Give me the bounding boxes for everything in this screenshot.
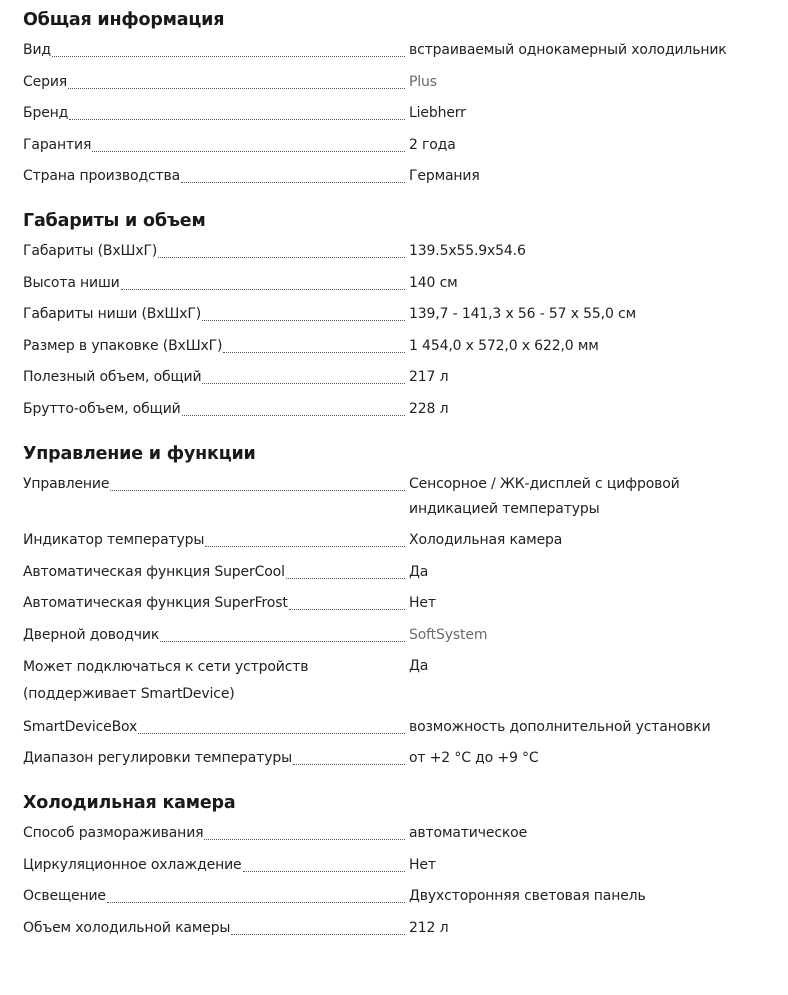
section-title: Общая информация xyxy=(23,2,768,38)
dotted-leader xyxy=(202,383,405,384)
section-title: Управление и функции xyxy=(23,436,768,472)
spec-label: Габариты (ВхШхГ) xyxy=(23,239,157,264)
spec-value: Liebherr xyxy=(405,101,768,126)
spec-label-cell: Освещение xyxy=(23,884,405,909)
spec-label-cell: Серия xyxy=(23,70,405,95)
spec-label: Бренд xyxy=(23,101,68,126)
spec-row: Полезный объем, общий217 л xyxy=(23,365,768,390)
spec-label: SmartDeviceBox xyxy=(23,715,137,740)
spec-label-cell: Дверной доводчик xyxy=(23,623,405,648)
spec-row: Диапазон регулировки температурыот +2 °C… xyxy=(23,746,768,771)
spec-label: Автоматическая функция SuperFrost xyxy=(23,591,288,616)
spec-row: Габариты (ВхШхГ)139.5x55.9x54.6 xyxy=(23,239,768,264)
spec-label-cell: Индикатор температуры xyxy=(23,528,405,553)
section-title: Холодильная камера xyxy=(23,785,768,821)
dotted-leader xyxy=(202,320,405,321)
spec-row: Автоматическая функция SuperFrostНет xyxy=(23,591,768,616)
spec-label-cell: Вид xyxy=(23,38,405,63)
spec-label-cell: Габариты (ВхШхГ) xyxy=(23,239,405,264)
spec-row: Брутто-объем, общий228 л xyxy=(23,397,768,422)
dotted-leader xyxy=(231,934,405,935)
dotted-leader xyxy=(289,609,405,610)
spec-value: 1 454,0 x 572,0 x 622,0 мм xyxy=(405,334,768,359)
spec-value: 228 л xyxy=(405,397,768,422)
spec-label: Объем холодильной камеры xyxy=(23,916,230,941)
spec-value: 212 л xyxy=(405,916,768,941)
spec-label-cell: Полезный объем, общий xyxy=(23,365,405,390)
spec-row: Дверной доводчикSoftSystem xyxy=(23,623,768,648)
spec-label: Освещение xyxy=(23,884,106,909)
spec-label-cell: Бренд xyxy=(23,101,405,126)
spec-label: Дверной доводчик xyxy=(23,623,159,648)
spec-value: Двухсторонняя световая панель xyxy=(405,884,768,909)
spec-row: Размер в упаковке (ВхШхГ)1 454,0 x 572,0… xyxy=(23,334,768,359)
spec-label: Размер в упаковке (ВхШхГ) xyxy=(23,334,222,359)
spec-value: Нет xyxy=(405,853,768,878)
spec-value: автоматическое xyxy=(405,821,768,846)
spec-value: от +2 °C до +9 °C xyxy=(405,746,768,771)
section-title: Габариты и объем xyxy=(23,203,768,239)
spec-value: Сенсорное / ЖК-дисплей с цифровой индика… xyxy=(405,472,768,522)
dotted-leader xyxy=(181,182,405,183)
spec-label: Индикатор температуры xyxy=(23,528,204,553)
spec-row: Способ размораживанияавтоматическое xyxy=(23,821,768,846)
dotted-leader xyxy=(158,257,405,258)
spec-row: Может подключаться к сети устройств (под… xyxy=(23,654,768,708)
spec-label: Может подключаться к сети устройств (под… xyxy=(23,654,405,708)
spec-value: Нет xyxy=(405,591,768,616)
spec-label-cell: Высота ниши xyxy=(23,271,405,296)
dotted-leader xyxy=(52,56,405,57)
spec-value-link[interactable]: Plus xyxy=(405,70,768,95)
spec-label: Габариты ниши (ВхШхГ) xyxy=(23,302,201,327)
spec-row: SmartDeviceBoxвозможность дополнительной… xyxy=(23,715,768,740)
spec-label-cell: Способ размораживания xyxy=(23,821,405,846)
dotted-leader xyxy=(68,88,405,89)
spec-label-cell: Диапазон регулировки температуры xyxy=(23,746,405,771)
dotted-leader xyxy=(92,151,405,152)
spec-label-cell: Может подключаться к сети устройств (под… xyxy=(23,654,405,708)
spec-row: Циркуляционное охлаждениеНет xyxy=(23,853,768,878)
spec-value: 139,7 - 141,3 x 56 - 57 x 55,0 см xyxy=(405,302,768,327)
spec-label-cell: Страна производства xyxy=(23,164,405,189)
spec-value: 2 года xyxy=(405,133,768,158)
spec-label: Диапазон регулировки температуры xyxy=(23,746,292,771)
spec-section: Холодильная камераСпособ размораживанияа… xyxy=(23,785,768,941)
spec-label-cell: Автоматическая функция SuperCool xyxy=(23,560,405,585)
spec-label-cell: Циркуляционное охлаждение xyxy=(23,853,405,878)
spec-row: СерияPlus xyxy=(23,70,768,95)
spec-value-link[interactable]: SoftSystem xyxy=(405,623,768,648)
dotted-leader xyxy=(160,641,405,642)
spec-row: Габариты ниши (ВхШхГ)139,7 - 141,3 x 56 … xyxy=(23,302,768,327)
spec-label-cell: SmartDeviceBox xyxy=(23,715,405,740)
spec-label: Высота ниши xyxy=(23,271,120,296)
spec-value: 139.5x55.9x54.6 xyxy=(405,239,768,264)
spec-label: Управление xyxy=(23,472,109,497)
spec-label: Циркуляционное охлаждение xyxy=(23,853,242,878)
spec-label-cell: Гарантия xyxy=(23,133,405,158)
spec-value: Холодильная камера xyxy=(405,528,768,553)
spec-value: встраиваемый однокамерный холодильник xyxy=(405,38,768,63)
dotted-leader xyxy=(121,289,405,290)
dotted-leader xyxy=(204,839,405,840)
spec-row: Объем холодильной камеры212 л xyxy=(23,916,768,941)
spec-section: Общая информацияВидвстраиваемый однокаме… xyxy=(23,2,768,189)
spec-value: возможность дополнительной установки xyxy=(405,715,768,740)
spec-row: Высота ниши140 см xyxy=(23,271,768,296)
dotted-leader xyxy=(69,119,405,120)
spec-row: Автоматическая функция SuperCoolДа xyxy=(23,560,768,585)
dotted-leader xyxy=(243,871,406,872)
spec-value: 217 л xyxy=(405,365,768,390)
spec-row: Индикатор температурыХолодильная камера xyxy=(23,528,768,553)
spec-label: Брутто-объем, общий xyxy=(23,397,181,422)
spec-label: Страна производства xyxy=(23,164,180,189)
spec-row: БрендLiebherr xyxy=(23,101,768,126)
spec-label: Вид xyxy=(23,38,51,63)
dotted-leader xyxy=(293,764,405,765)
spec-sheet: Общая информацияВидвстраиваемый однокаме… xyxy=(0,2,788,941)
dotted-leader xyxy=(286,578,405,579)
dotted-leader xyxy=(110,490,405,491)
spec-label-cell: Габариты ниши (ВхШхГ) xyxy=(23,302,405,327)
spec-label: Автоматическая функция SuperCool xyxy=(23,560,285,585)
spec-row: ОсвещениеДвухсторонняя световая панель xyxy=(23,884,768,909)
spec-value: Германия xyxy=(405,164,768,189)
spec-label-cell: Размер в упаковке (ВхШхГ) xyxy=(23,334,405,359)
spec-section: Управление и функцииУправлениеСенсорное … xyxy=(23,436,768,772)
spec-row: УправлениеСенсорное / ЖК-дисплей с цифро… xyxy=(23,472,768,522)
spec-label: Серия xyxy=(23,70,67,95)
spec-value: Да xyxy=(405,654,768,679)
spec-value: 140 см xyxy=(405,271,768,296)
spec-label-cell: Автоматическая функция SuperFrost xyxy=(23,591,405,616)
dotted-leader xyxy=(182,415,405,416)
dotted-leader xyxy=(107,902,405,903)
spec-label: Гарантия xyxy=(23,133,91,158)
spec-section: Габариты и объемГабариты (ВхШхГ)139.5x55… xyxy=(23,203,768,422)
spec-value: Да xyxy=(405,560,768,585)
spec-label-cell: Управление xyxy=(23,472,405,497)
spec-row: Страна производстваГермания xyxy=(23,164,768,189)
spec-label: Полезный объем, общий xyxy=(23,365,201,390)
dotted-leader xyxy=(138,733,405,734)
dotted-leader xyxy=(205,546,405,547)
spec-label: Способ размораживания xyxy=(23,821,203,846)
dotted-leader xyxy=(223,352,405,353)
spec-row: Видвстраиваемый однокамерный холодильник xyxy=(23,38,768,63)
spec-label-cell: Брутто-объем, общий xyxy=(23,397,405,422)
spec-label-cell: Объем холодильной камеры xyxy=(23,916,405,941)
spec-row: Гарантия2 года xyxy=(23,133,768,158)
